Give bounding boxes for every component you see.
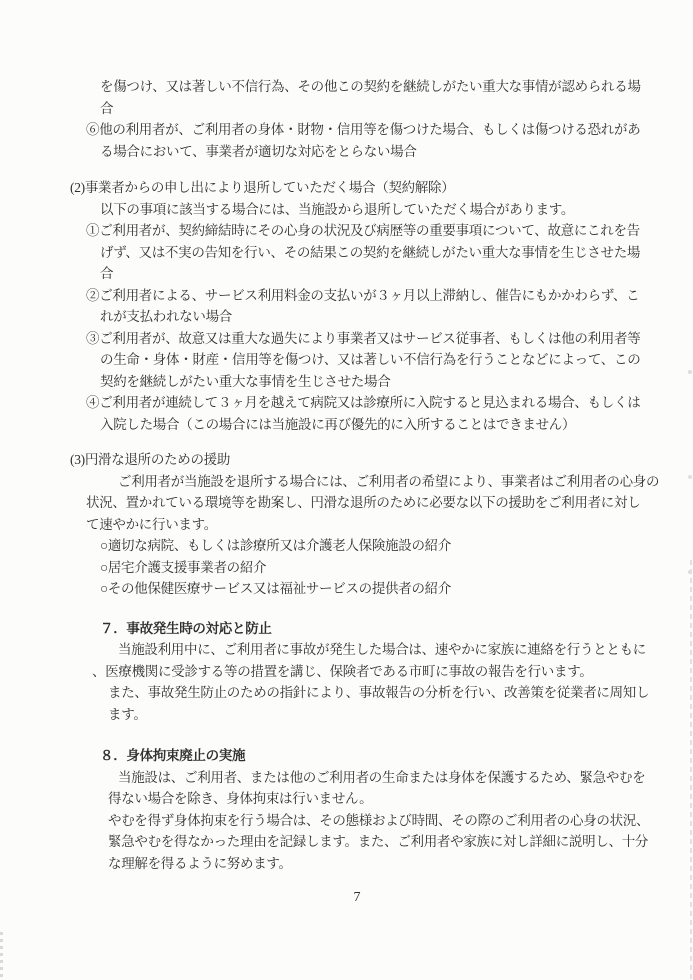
text-line: ご利用者が当施設を退所する場合には、ご利用者の希望により、事業者はご利用者の心身… [0,471,693,493]
text-line: 以下の事項に該当する場合には、当施設から退所していただく場合があります。 [0,199,693,221]
text-line: な理解を得るように努めます。 [0,853,693,875]
section-heading: ７．事故発生時の対応と防止 [0,618,693,640]
text-line: (3)円滑な退所のための援助 [0,449,693,471]
text-line: ④ご利用者が連続して３ヶ月を越えて病院又は診療所に入院すると見込まれる場合、もし… [0,392,693,414]
document-body: を傷つけ、又は著しい不信行為、その他この契約を継続しがたい重大な事情が認められる… [0,76,693,874]
text-line: ○居宅介護支援事業者の紹介 [0,557,693,579]
text-line: ○適切な病院、もしくは診療所又は介護老人保険施設の紹介 [0,535,693,557]
text-line: ③ご利用者が、故意又は重大な過失により事業者又はサービス従事者、もしくは他の利用… [0,328,693,350]
text-line: ②ご利用者による、サービス利用料金の支払いが３ヶ月以上滞納し、催告にもかかわらず… [0,285,693,307]
text-line: げず、又は不実の告知を行い、その結果この契約を継続しがたい重大な事情を生じさせた… [0,242,693,264]
text-line: 当施設利用中に、ご利用者に事故が発生した場合は、速やかに家族に連絡を行うとともに [0,639,693,661]
text-line: 得ない場合を除き、身体拘束は行いません。 [0,788,693,810]
scan-edge-artifact [0,932,3,978]
paragraph-gap [0,600,693,618]
text-line: (2)事業者からの申し出により退所していただく場合（契約解除） [0,177,693,199]
text-line: の生命・身体・財産・信用等を傷つけ、又は著しい不信行為を行うことなどによって、こ… [0,349,693,371]
text-line: ○その他保健医療サービス又は福祉サービスの提供者の紹介 [0,578,693,600]
paragraph-gap [0,162,693,177]
text-line: 状況、置かれている環境等を勘案し、円滑な退所のために必要な以下の援助をご利用者に… [0,492,693,514]
text-line: る場合において、事業者が適切な対応をとらない場合 [0,141,693,163]
text-line: て速やかに行います。 [0,514,693,536]
text-line: やむを得ず身体拘束を行う場合は、その態様および時間、その際のご利用者の心身の状況… [0,810,693,832]
text-line: れが支払われない場合 [0,306,693,328]
text-line: ⑥他の利用者が、ご利用者の身体・財物・信用等を傷つけた場合、もしくは傷つける恐れ… [0,119,693,141]
page-number: 7 [0,890,693,906]
text-line: を傷つけ、又は著しい不信行為、その他この契約を継続しがたい重大な事情が認められる… [0,76,693,98]
text-line: 緊急やむを得なかった理由を記録します。また、ご利用者や家族に対し詳細に説明し、十… [0,831,693,853]
paragraph-gap [0,435,693,449]
text-line: ます。 [0,704,693,726]
paragraph-gap [0,725,693,745]
text-line: 合 [0,263,693,285]
text-line: また、事故発生防止のための指針により、事故報告の分析を行い、改善策を従業者に周知… [0,682,693,704]
text-line: ①ご利用者が、契約締結時にその心身の状況及び病歴等の重要事項について、故意にこれ… [0,220,693,242]
text-line: 合 [0,98,693,120]
text-line: 当施設は、ご利用者、または他のご利用者の生命または身体を保護するため、緊急やむを [0,767,693,789]
text-line: 、医療機関に受診する等の措置を講じ、保険者である市町に事故の報告を行います。 [0,661,693,683]
scanned-document-page: を傷つけ、又は著しい不信行為、その他この契約を継続しがたい重大な事情が認められる… [0,0,693,980]
section-heading: ８．身体拘束廃止の実施 [0,745,693,767]
text-line: 契約を継続しがたい重大な事情を生じさせた場合 [0,371,693,393]
text-line: 入院した場合（この場合には当施設に再び優先的に入所することはできません） [0,414,693,436]
